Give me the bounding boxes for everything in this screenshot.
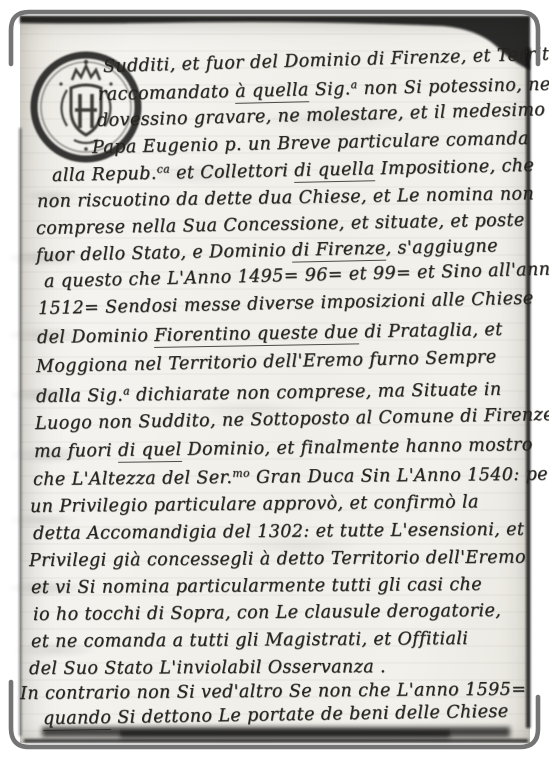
underlined-word: à quella — [235, 80, 309, 104]
manuscript-word: dovessino gravare, ne molestare, et il m… — [97, 100, 546, 131]
manuscript-word: Sudditi, et fuor del Dominio di Firenze,… — [103, 44, 549, 77]
manuscript-word: ma fuori — [34, 441, 118, 462]
underlined-word: di Firenze — [292, 239, 386, 263]
manuscript-word: non riscuotino da dette dua Chiese, et L… — [37, 184, 534, 212]
manuscript-word: et Collettori — [170, 161, 295, 184]
manuscript-line: Sudditi, et fuor del Dominio di Firenze,… — [103, 44, 549, 77]
underlined-word: Fiorentino queste due — [154, 322, 359, 348]
manuscript-line: dalla Sig.a dichiarate non comprese, ma … — [36, 379, 502, 407]
manuscript-line: In contrario non Si ved'altro Se non che… — [20, 680, 526, 704]
manuscript-line: quando Si dettono Le portate de beni del… — [43, 702, 509, 729]
manuscript-word: Dominio, et finalmente hanno mostro — [181, 435, 532, 460]
manuscript-line: che L'Altezza del Ser.mo Gran Duca Sin L… — [33, 464, 549, 490]
manuscript-line: raccomandato à quella Sig.a non Si potes… — [98, 74, 549, 105]
manuscript-word: dichiarate non comprese, ma Situate in — [130, 380, 502, 406]
manuscript-word: detta Accomandigia del 1302: et tutte L'… — [33, 520, 524, 544]
manuscript-word: un Privilegio particulare approvò, et co… — [30, 492, 479, 517]
underlined-word: di quel — [118, 440, 182, 463]
manuscript-line: Privilegi già concessegli à detto Territ… — [29, 548, 526, 571]
manuscript-word: ca — [157, 163, 171, 176]
scanned-manuscript-view: Sudditi, et fuor del Dominio di Firenze,… — [0, 0, 549, 760]
manuscript-word: alla Repub. — [52, 164, 157, 186]
manuscript-line: fuor dello Stato, e Dominio di Firenze, … — [36, 236, 498, 266]
manuscript-word: Privilegi già concessegli à detto Territ… — [29, 548, 526, 571]
manuscript-word: et ne comanda a tutti gli Magistrati, et… — [31, 629, 468, 652]
manuscript-line: Moggiona nel Territorio dell'Eremo furno… — [36, 347, 497, 377]
manuscript-word: et vi Si nomina particularmente tutti gl… — [31, 575, 482, 598]
manuscript-word: raccomandato — [98, 82, 236, 105]
manuscript-line: del Suo Stato L'inviolabil Osservanza . — [29, 657, 386, 679]
manuscript-line: Papa Eugenio p. un Breve particulare com… — [92, 129, 529, 158]
manuscript-word: , s'aggiugne — [385, 236, 498, 258]
manuscript-line: et vi Si nomina particularmente tutti gl… — [31, 575, 482, 598]
manuscript-word: mo — [232, 467, 250, 480]
underlined-word: di quella — [294, 159, 375, 183]
manuscript-line: un Privilegio particulare approvò, et co… — [30, 492, 479, 517]
manuscript-word: Impositione, che — [374, 156, 534, 179]
manuscript-word: fuor dello Stato, e Dominio — [36, 241, 292, 266]
manuscript-line: et ne comanda a tutti gli Magistrati, et… — [31, 629, 468, 652]
manuscript-word: In contrario non Si ved'altro Se non che… — [20, 680, 526, 704]
underlined-word: quando — [43, 708, 112, 731]
manuscript-line: detta Accomandigia del 1302: et tutte L'… — [33, 520, 524, 544]
manuscript-text-block: Sudditi, et fuor del Dominio di Firenze,… — [0, 0, 549, 760]
manuscript-word: Papa Eugenio p. un Breve particulare com… — [92, 129, 529, 158]
manuscript-line: io ho tocchi di Sopra, con Le clausule d… — [33, 601, 501, 625]
manuscript-word: 1512= Sendosi messe diverse imposizioni … — [38, 289, 534, 319]
manuscript-word: non Si potessino, ne — [357, 75, 549, 99]
manuscript-line: 1512= Sendosi messe diverse imposizioni … — [38, 289, 534, 319]
manuscript-word: comprese nella Sua Concessione, et situa… — [36, 210, 525, 239]
manuscript-word: Moggiona nel Territorio dell'Eremo furno… — [36, 347, 497, 377]
manuscript-word: Gran Duca Sin L'Anno 1540: per — [250, 464, 549, 487]
manuscript-line: Luogo non Suddito, ne Sottoposto al Comu… — [35, 405, 549, 434]
manuscript-word: del Suo Stato L'inviolabil Osservanza . — [29, 657, 386, 679]
manuscript-line: alla Repub.ca et Collettori di quella Im… — [52, 155, 535, 186]
manuscript-word: di Prataglia, et — [358, 320, 502, 343]
manuscript-word: Luogo non Suddito, ne Sottoposto al Comu… — [35, 405, 549, 434]
manuscript-line: dovessino gravare, ne molestare, et il m… — [97, 100, 546, 131]
manuscript-word: io ho tocchi di Sopra, con Le clausule d… — [33, 601, 501, 625]
manuscript-word: Si dettono Le portate de beni delle Chie… — [111, 702, 509, 728]
manuscript-line: comprese nella Sua Concessione, et situa… — [36, 210, 525, 239]
manuscript-word: del Dominio — [37, 326, 155, 348]
manuscript-line: non riscuotino da dette dua Chiese, et L… — [37, 184, 534, 212]
manuscript-word: Sig. — [309, 79, 351, 100]
manuscript-line: del Dominio Fiorentino queste due di Pra… — [37, 320, 503, 348]
manuscript-word: che L'Altezza del Ser. — [33, 468, 233, 490]
manuscript-word: dalla Sig. — [36, 386, 123, 407]
manuscript-line: ma fuori di quel Dominio, et finalmente … — [34, 435, 533, 462]
